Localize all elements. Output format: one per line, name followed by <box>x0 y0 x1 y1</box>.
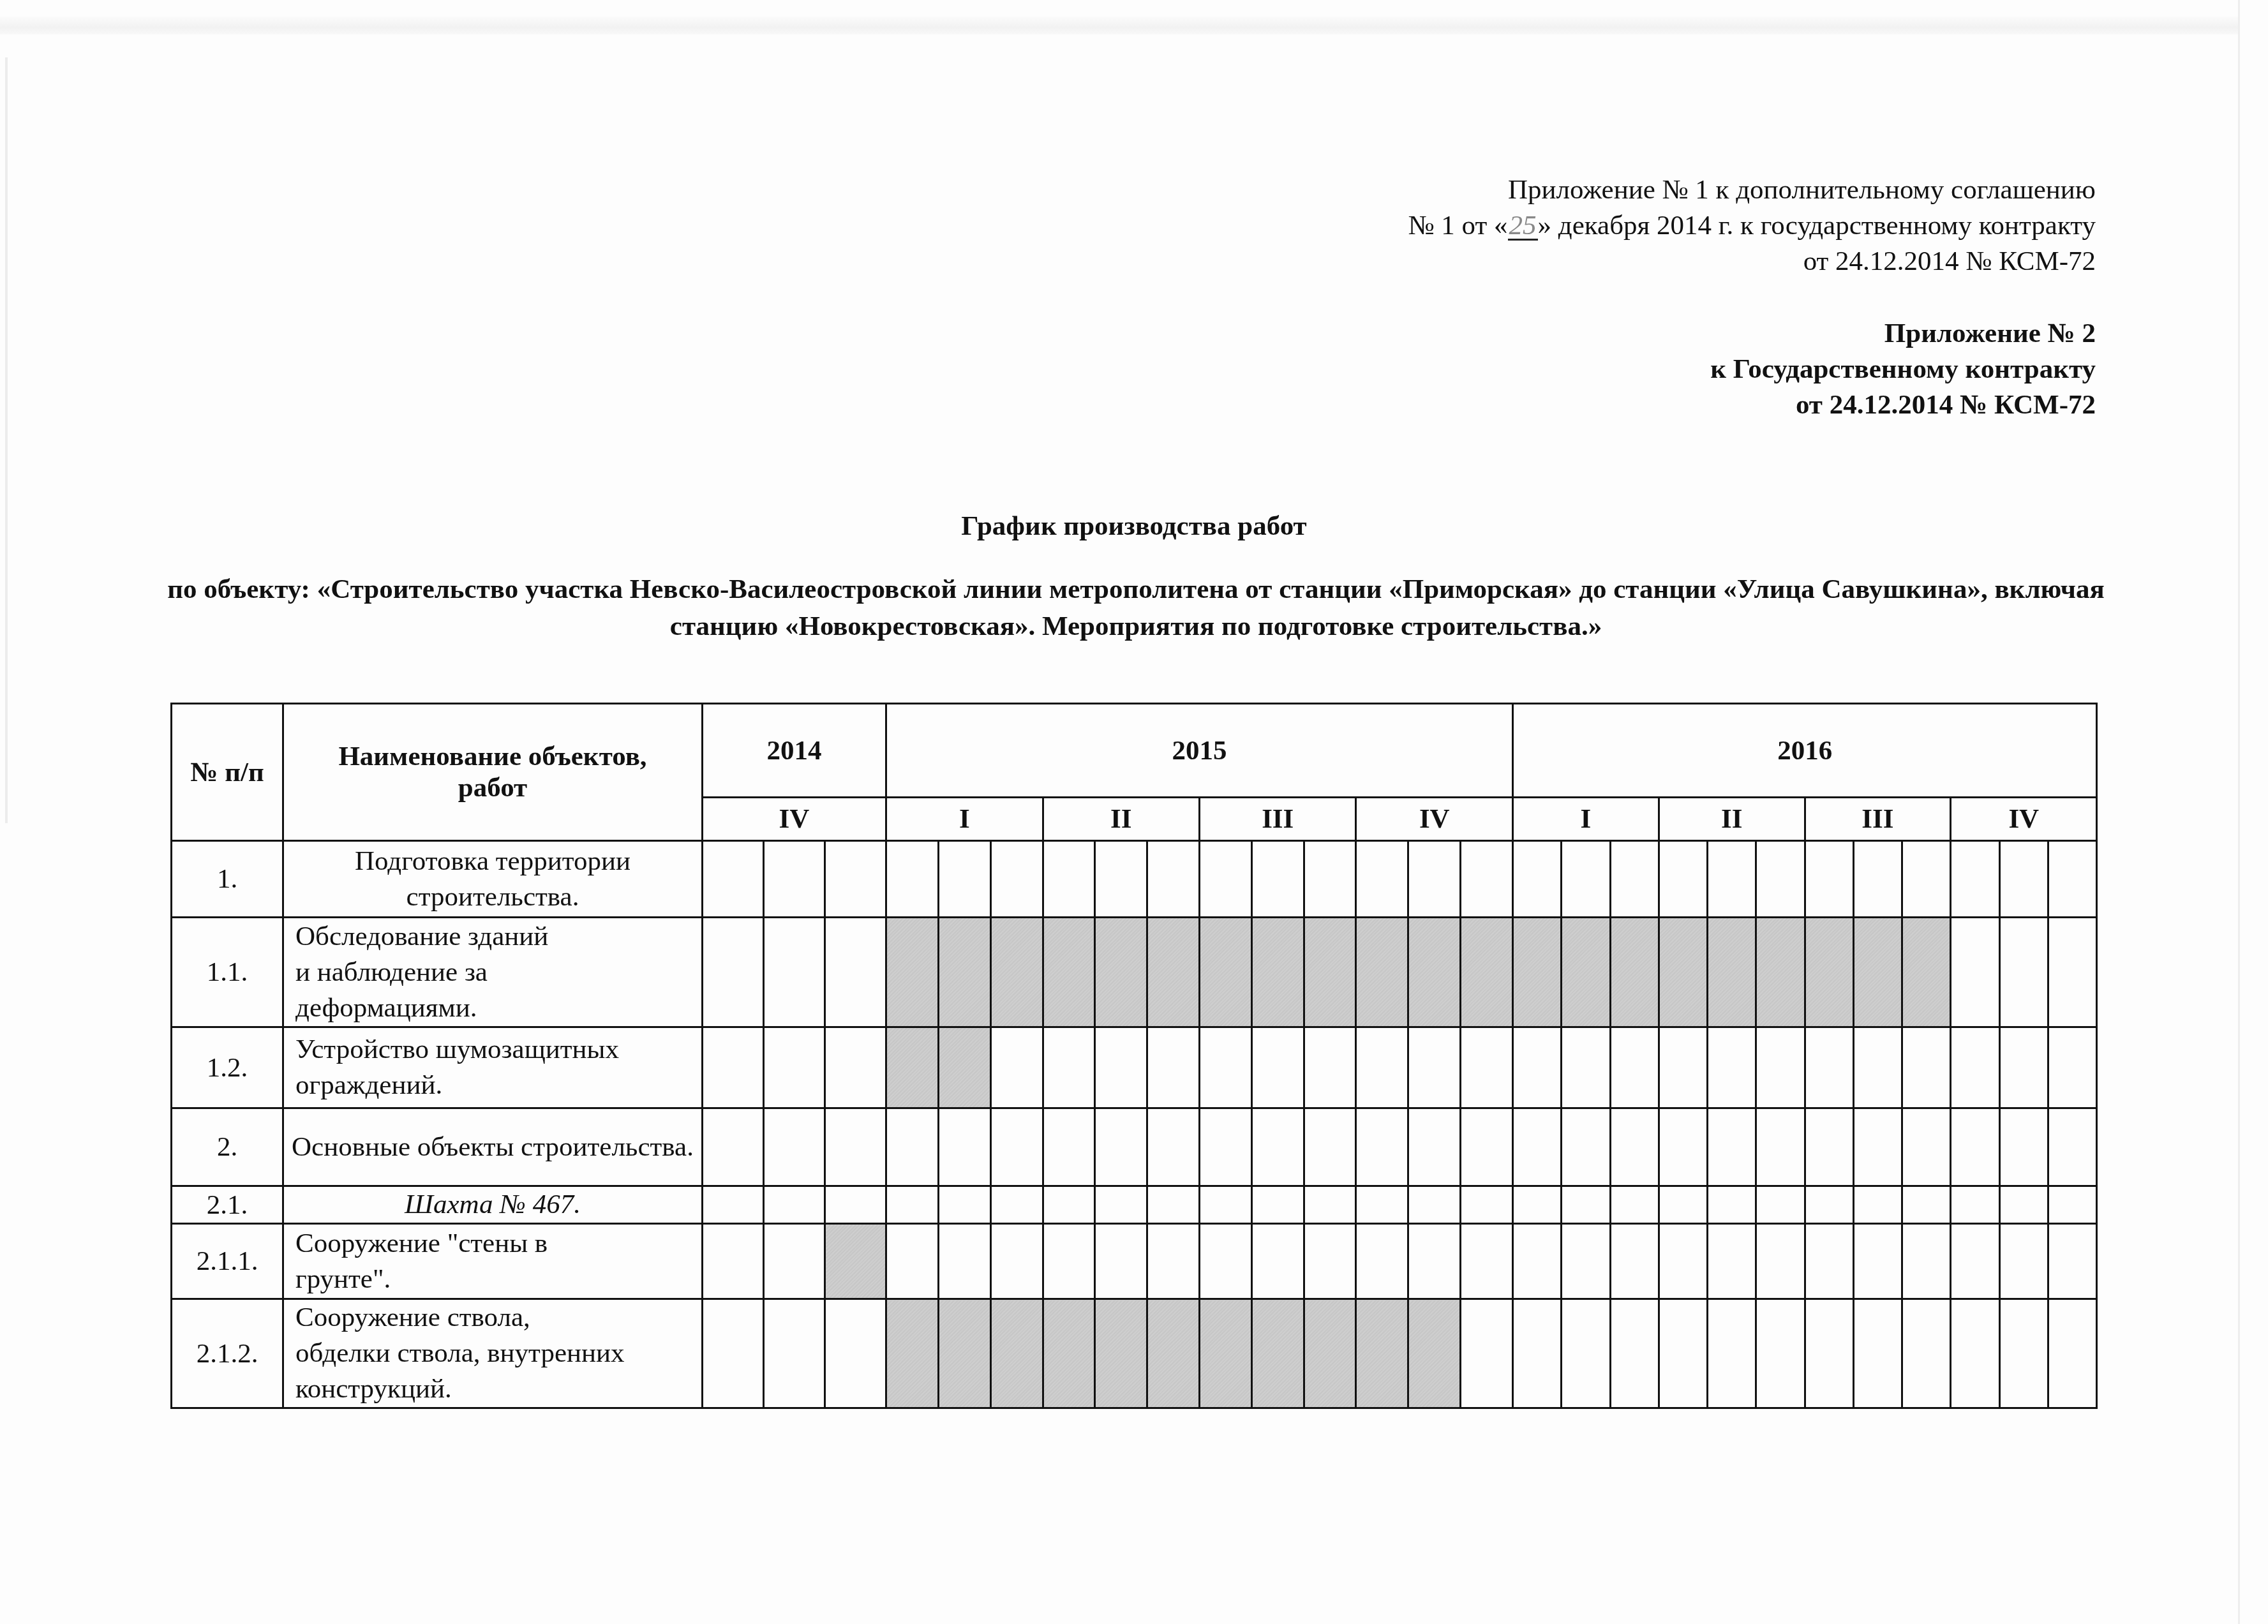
schedule-cell-filled <box>938 1299 990 1408</box>
header-quarter-2014-IV: IV <box>703 798 886 841</box>
schedule-cell <box>703 1224 764 1299</box>
schedule-cell-filled <box>1659 918 1707 1027</box>
schedule-cell-filled <box>1043 1299 1095 1408</box>
row-number: 1.1. <box>172 918 283 1027</box>
schedule-cell <box>1304 1108 1356 1186</box>
schedule-cell-filled <box>1408 918 1461 1027</box>
schedule-cell <box>1304 1027 1356 1108</box>
schedule-cell <box>1610 1027 1659 1108</box>
schedule-cell <box>1562 1299 1610 1408</box>
schedule-cell <box>990 1224 1043 1299</box>
schedule-cell <box>990 1108 1043 1186</box>
schedule-cell <box>2048 1027 2096 1108</box>
schedule-cell <box>2048 1186 2096 1224</box>
work-schedule-table: № п/пНаименование объектов, работ2014201… <box>170 703 2098 1409</box>
schedule-cell <box>1708 1299 1756 1408</box>
header-quarter-2016-II: II <box>1659 798 1805 841</box>
schedule-cell <box>1095 1108 1147 1186</box>
schedule-cell <box>1408 1224 1461 1299</box>
schedule-cell <box>1562 1027 1610 1108</box>
annex-2-line-3: от 24.12.2014 № КСМ-72 <box>1710 387 2096 423</box>
schedule-cell-filled <box>1095 918 1147 1027</box>
schedule-cell <box>1513 1299 1562 1408</box>
schedule-cell-filled <box>1513 918 1562 1027</box>
schedule-cell <box>1659 1299 1707 1408</box>
schedule-cell <box>2048 1299 2096 1408</box>
row-name: Сооружение "стены вгрунте". <box>283 1224 703 1299</box>
header-quarter-2015-I: I <box>886 798 1043 841</box>
schedule-cell <box>1043 1027 1095 1108</box>
schedule-cell-filled <box>886 1027 939 1108</box>
schedule-cell <box>1043 841 1095 918</box>
row-number: 2.1.1. <box>172 1224 283 1299</box>
document-subtitle: по объекту: «Строительство участка Невск… <box>166 571 2106 645</box>
schedule-cell <box>1200 1224 1252 1299</box>
schedule-cell <box>1200 1108 1252 1186</box>
schedule-cell <box>886 1186 939 1224</box>
schedule-cell <box>825 1299 886 1408</box>
schedule-cell-filled <box>1562 918 1610 1027</box>
schedule-cell <box>1610 1108 1659 1186</box>
schedule-cell <box>1659 1108 1707 1186</box>
table-row: 1.Подготовка территории строительства. <box>172 841 2097 918</box>
schedule-cell <box>1356 1027 1408 1108</box>
header-row-years: № п/пНаименование объектов, работ2014201… <box>172 704 2097 798</box>
table-row: 2.1.1.Сооружение "стены вгрунте". <box>172 1224 2097 1299</box>
scan-edge-top <box>0 17 2240 34</box>
schedule-cell <box>825 841 886 918</box>
schedule-cell <box>1461 1186 1513 1224</box>
annex-1-line-3: от 24.12.2014 № КСМ-72 <box>1408 244 2096 279</box>
schedule-cell <box>1610 841 1659 918</box>
schedule-cell-filled <box>1708 918 1756 1027</box>
schedule-cell <box>1610 1224 1659 1299</box>
schedule-cell <box>1951 918 1999 1027</box>
schedule-cell <box>1902 1027 1951 1108</box>
schedule-cell <box>1461 1027 1513 1108</box>
schedule-cell <box>990 1186 1043 1224</box>
schedule-cell <box>1659 841 1707 918</box>
schedule-cell <box>1805 1224 1853 1299</box>
table-row: 1.1.Обследование зданийи наблюдение заде… <box>172 918 2097 1027</box>
schedule-cell <box>990 1027 1043 1108</box>
schedule-cell <box>1902 841 1951 918</box>
schedule-cell <box>1999 841 2048 918</box>
schedule-cell <box>2048 1108 2096 1186</box>
schedule-cell <box>886 1108 939 1186</box>
schedule-cell <box>1513 1186 1562 1224</box>
schedule-cell <box>1853 1299 1902 1408</box>
schedule-cell <box>1951 1224 1999 1299</box>
schedule-cell <box>1408 1186 1461 1224</box>
schedule-cell <box>1408 1027 1461 1108</box>
row-name: Устройство шумозащитныхограждений. <box>283 1027 703 1108</box>
annex-1-line-2: № 1 от «25» декабря 2014 г. к государств… <box>1408 208 2096 244</box>
schedule-cell <box>1095 1027 1147 1108</box>
header-quarter-2015-II: II <box>1043 798 1199 841</box>
schedule-cell <box>1461 1108 1513 1186</box>
row-number: 2.1. <box>172 1186 283 1224</box>
schedule-cell <box>1356 1224 1408 1299</box>
schedule-cell-filled <box>990 1299 1043 1408</box>
schedule-cell-filled <box>1408 1299 1461 1408</box>
schedule-cell <box>1147 841 1200 918</box>
header-name: Наименование объектов, работ <box>283 704 703 841</box>
annex-1-line-2-prefix: № 1 от « <box>1408 211 1508 241</box>
annex-1-reference: Приложение № 1 к дополнительному соглаше… <box>1408 172 2096 279</box>
schedule-cell <box>2048 1224 2096 1299</box>
schedule-cell-filled <box>1147 918 1200 1027</box>
schedule-cell <box>1756 1186 1805 1224</box>
schedule-cell <box>1999 1027 2048 1108</box>
schedule-cell <box>1513 1027 1562 1108</box>
schedule-cell <box>1147 1108 1200 1186</box>
schedule-cell <box>1659 1224 1707 1299</box>
schedule-cell <box>1805 1299 1853 1408</box>
schedule-cell <box>2048 841 2096 918</box>
header-quarter-2016-IV: IV <box>1951 798 2097 841</box>
schedule-cell-filled <box>990 918 1043 1027</box>
schedule-cell <box>703 1186 764 1224</box>
schedule-cell-filled <box>1095 1299 1147 1408</box>
header-quarter-2015-III: III <box>1200 798 1356 841</box>
schedule-cell-filled <box>1853 918 1902 1027</box>
row-number: 1. <box>172 841 283 918</box>
schedule-cell <box>1902 1186 1951 1224</box>
schedule-cell-filled <box>1304 1299 1356 1408</box>
schedule-cell <box>1513 1224 1562 1299</box>
schedule-cell <box>1805 1186 1853 1224</box>
schedule-cell <box>825 918 886 1027</box>
schedule-cell <box>1356 841 1408 918</box>
schedule-cell-filled <box>825 1224 886 1299</box>
schedule-cell <box>1999 918 2048 1027</box>
schedule-cell <box>1708 1224 1756 1299</box>
header-quarter-2016-III: III <box>1805 798 1951 841</box>
schedule-cell-filled <box>1610 918 1659 1027</box>
schedule-cell <box>1200 1186 1252 1224</box>
schedule-cell <box>1610 1186 1659 1224</box>
schedule-cell <box>1200 1027 1252 1108</box>
row-number: 2. <box>172 1108 283 1186</box>
schedule-cell <box>1251 1027 1304 1108</box>
row-name: Подготовка территории строительства. <box>283 841 703 918</box>
schedule-cell <box>1756 841 1805 918</box>
schedule-cell <box>1853 1027 1902 1108</box>
schedule-cell <box>1356 1108 1408 1186</box>
schedule-cell <box>1461 1299 1513 1408</box>
schedule-cell <box>1095 841 1147 918</box>
annex-2-line-2: к Государственному контракту <box>1710 352 2096 387</box>
schedule-cell <box>1562 1186 1610 1224</box>
schedule-cell-filled <box>938 918 990 1027</box>
schedule-cell <box>703 1299 764 1408</box>
schedule-cell-filled <box>1356 918 1408 1027</box>
row-name: Основные объекты строительства. <box>283 1108 703 1186</box>
schedule-cell <box>1853 841 1902 918</box>
row-name: Шахта № 467. <box>283 1186 703 1224</box>
schedule-cell <box>1043 1224 1095 1299</box>
scan-edge-left <box>5 57 8 823</box>
schedule-cell-filled <box>1805 918 1853 1027</box>
schedule-cell <box>764 1224 825 1299</box>
schedule-cell <box>1756 1027 1805 1108</box>
header-quarter-2016-I: I <box>1513 798 1659 841</box>
header-year-2016: 2016 <box>1513 704 2097 798</box>
schedule-cell-filled <box>886 1299 939 1408</box>
schedule-cell <box>1951 1027 1999 1108</box>
scan-edge-right <box>2238 0 2240 1624</box>
schedule-cell <box>886 841 939 918</box>
schedule-cell <box>1805 1027 1853 1108</box>
schedule-cell-filled <box>1043 918 1095 1027</box>
schedule-cell <box>703 1108 764 1186</box>
header-number: № п/п <box>172 704 283 841</box>
schedule-cell <box>764 918 825 1027</box>
schedule-cell <box>1902 1108 1951 1186</box>
schedule-cell <box>1461 841 1513 918</box>
schedule-cell <box>1043 1108 1095 1186</box>
schedule-cell-filled <box>1200 1299 1252 1408</box>
schedule-cell <box>1708 1027 1756 1108</box>
schedule-cell <box>938 1186 990 1224</box>
schedule-cell <box>1853 1108 1902 1186</box>
schedule-cell <box>2048 918 2096 1027</box>
schedule-cell <box>1562 1108 1610 1186</box>
table-row: 1.2.Устройство шумозащитныхограждений. <box>172 1027 2097 1108</box>
schedule-cell <box>1708 1186 1756 1224</box>
row-number: 1.2. <box>172 1027 283 1108</box>
schedule-cell <box>1408 841 1461 918</box>
schedule-cell <box>1708 1108 1756 1186</box>
schedule-cell <box>703 1027 764 1108</box>
schedule-cell <box>1562 841 1610 918</box>
header-quarter-2015-IV: IV <box>1356 798 1513 841</box>
schedule-cell <box>1805 841 1853 918</box>
schedule-cell <box>1853 1224 1902 1299</box>
schedule-cell <box>1902 1299 1951 1408</box>
schedule-cell <box>1951 1299 1999 1408</box>
schedule-cell <box>938 1108 990 1186</box>
schedule-cell <box>1999 1108 2048 1186</box>
annex-1-line-2-suffix: » декабря 2014 г. к государственному кон… <box>1538 211 2096 241</box>
schedule-cell-filled <box>1251 918 1304 1027</box>
schedule-cell <box>1251 841 1304 918</box>
schedule-cell <box>764 841 825 918</box>
schedule-cell-filled <box>1251 1299 1304 1408</box>
schedule-cell <box>1304 1186 1356 1224</box>
schedule-cell <box>1951 1186 1999 1224</box>
annex-2-reference: Приложение № 2 к Государственному контра… <box>1710 316 2096 423</box>
schedule-cell <box>1902 1224 1951 1299</box>
schedule-cell <box>1147 1027 1200 1108</box>
schedule-cell <box>1999 1224 2048 1299</box>
schedule-cell <box>938 841 990 918</box>
schedule-cell <box>886 1224 939 1299</box>
schedule-cell <box>1756 1299 1805 1408</box>
row-number: 2.1.2. <box>172 1299 283 1408</box>
table-row: 2.1.Шахта № 467. <box>172 1186 2097 1224</box>
schedule-cell-filled <box>1461 918 1513 1027</box>
schedule-cell-filled <box>1147 1299 1200 1408</box>
annex-1-line-1: Приложение № 1 к дополнительному соглаше… <box>1408 172 2096 208</box>
schedule-cell <box>1756 1224 1805 1299</box>
schedule-cell <box>1043 1186 1095 1224</box>
schedule-cell <box>1951 1108 1999 1186</box>
row-name: Сооружение ствола,обделки ствола, внутре… <box>283 1299 703 1408</box>
schedule-cell <box>1659 1186 1707 1224</box>
schedule-cell <box>1304 841 1356 918</box>
schedule-cell <box>1853 1186 1902 1224</box>
schedule-cell <box>764 1299 825 1408</box>
schedule-cell <box>1513 1108 1562 1186</box>
schedule-cell-filled <box>938 1027 990 1108</box>
schedule-cell <box>1708 841 1756 918</box>
header-year-2015: 2015 <box>886 704 1513 798</box>
schedule-cell-filled <box>886 918 939 1027</box>
schedule-cell-filled <box>1356 1299 1408 1408</box>
schedule-cell <box>703 918 764 1027</box>
table-row: 2.Основные объекты строительства. <box>172 1108 2097 1186</box>
schedule-cell-filled <box>1200 918 1252 1027</box>
schedule-cell <box>764 1027 825 1108</box>
schedule-cell <box>1951 841 1999 918</box>
schedule-cell-filled <box>1902 918 1951 1027</box>
annex-2-line-1: Приложение № 2 <box>1710 316 2096 352</box>
schedule-cell <box>1095 1224 1147 1299</box>
schedule-cell <box>764 1108 825 1186</box>
schedule-cell-filled <box>1756 918 1805 1027</box>
schedule-cell <box>1999 1186 2048 1224</box>
document-title: График производства работ <box>0 510 2268 542</box>
schedule-cell <box>764 1186 825 1224</box>
header-year-2014: 2014 <box>703 704 886 798</box>
table-row: 2.1.2.Сооружение ствола,обделки ствола, … <box>172 1299 2097 1408</box>
schedule-cell <box>1251 1186 1304 1224</box>
schedule-cell <box>825 1108 886 1186</box>
schedule-cell <box>1610 1299 1659 1408</box>
schedule-cell <box>1513 841 1562 918</box>
schedule-cell <box>1562 1224 1610 1299</box>
schedule-cell <box>1805 1108 1853 1186</box>
schedule-cell <box>1200 841 1252 918</box>
schedule-cell <box>1756 1108 1805 1186</box>
schedule-cell <box>990 841 1043 918</box>
handwritten-day: 25 <box>1508 213 1538 241</box>
schedule-cell <box>1999 1299 2048 1408</box>
schedule-cell <box>1461 1224 1513 1299</box>
schedule-cell <box>1356 1186 1408 1224</box>
schedule-cell <box>1251 1108 1304 1186</box>
schedule-cell <box>703 841 764 918</box>
schedule-cell <box>1095 1186 1147 1224</box>
schedule-cell <box>938 1224 990 1299</box>
schedule-cell <box>825 1186 886 1224</box>
schedule-cell <box>1147 1224 1200 1299</box>
row-name: Обследование зданийи наблюдение задеформ… <box>283 918 703 1027</box>
schedule-cell <box>825 1027 886 1108</box>
schedule-cell <box>1147 1186 1200 1224</box>
schedule-cell <box>1251 1224 1304 1299</box>
schedule-cell <box>1659 1027 1707 1108</box>
schedule-cell <box>1408 1108 1461 1186</box>
schedule-cell-filled <box>1304 918 1356 1027</box>
schedule-cell <box>1304 1224 1356 1299</box>
